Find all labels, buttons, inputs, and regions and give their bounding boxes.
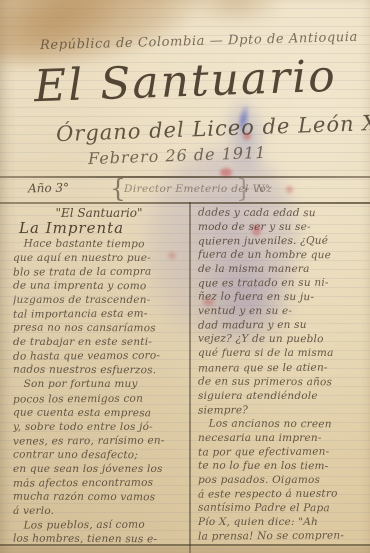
manuscript-line: pos pasados. Oigamos — [198, 473, 366, 487]
number-label: N° — [256, 184, 270, 195]
manuscript-line: contrar uno desafecto; — [13, 447, 185, 462]
manuscript-line: modo de ser y su se- — [198, 220, 366, 234]
header-rule-top — [0, 176, 370, 178]
left-column: "El Santuario" La Imprenta Hace bastante… — [13, 206, 185, 546]
manuscript-line: blo se trata de la compra — [13, 264, 185, 279]
manuscript-line: que es tratado en su ni- — [198, 276, 366, 291]
manuscript-line: siguiera atendiéndole — [198, 389, 366, 403]
brace-icon: } — [236, 174, 252, 203]
manuscript-line: pocos los enemigos con — [13, 391, 185, 406]
manuscript-line: á este respecto á nuestro — [198, 486, 366, 501]
manuscript-page: República de Colombia — Dpto de Antioqui… — [0, 0, 370, 553]
article-title: "El Santuario" — [13, 206, 185, 220]
manuscript-line: y, sobre todo entre los jó- — [13, 420, 185, 434]
manuscript-line: ñez lo fuera en su ju- — [198, 290, 366, 305]
manuscript-line: tal importancia esta em- — [13, 307, 185, 322]
right-column-body: dades y cada edad sumodo de ser y su se-… — [198, 206, 366, 543]
article-subtitle: La Imprenta — [13, 220, 185, 237]
manuscript-line: de en sus primeros años — [198, 374, 366, 389]
manuscript-line: qué fuera si de la misma — [198, 346, 366, 360]
manuscript-line: dades y cada edad su — [198, 206, 366, 221]
manuscript-line: que cuenta esta empresa — [13, 405, 185, 420]
manuscript-line: ventud y en su e- — [198, 304, 366, 318]
manuscript-line: fuera de un hombre que — [198, 248, 366, 263]
year-label: Año 3° — [28, 181, 69, 196]
manuscript-line: venes, es raro, rarísimo en- — [13, 433, 185, 448]
manuscript-line: presa no nos cansaríamos — [13, 321, 185, 336]
manuscript-line: juzgamos de trascenden- — [13, 293, 185, 307]
right-column: dades y cada edad sumodo de ser y su se-… — [198, 206, 366, 543]
manuscript-line: á verlo. — [13, 504, 185, 518]
manuscript-line: Son por fortuna muy — [13, 377, 185, 391]
header-rule-bottom — [0, 202, 370, 204]
manuscript-line: siempre? — [198, 402, 366, 417]
manuscript-line: nados nuestros esfuerzos. — [13, 363, 185, 378]
manuscript-line: Hace bastante tiempo — [13, 237, 185, 252]
manuscript-line: Los ancianos no creen — [198, 416, 366, 431]
date-line: Febrero 26 de 1911 — [88, 143, 267, 168]
left-column-body: Hace bastante tiempoque aquí en nuestro … — [13, 237, 185, 546]
manuscript-line: santísimo Padre el Papa — [198, 501, 366, 516]
column-divider — [189, 202, 191, 553]
edge-stain — [185, 0, 285, 24]
manuscript-line: necesaria una impren- — [198, 431, 366, 445]
manuscript-line: que aquí en nuestro pue- — [13, 251, 185, 265]
country-line: República de Colombia — Dpto de Antioqui… — [40, 30, 358, 53]
manuscript-line: de la misma manera — [198, 262, 366, 276]
manuscript-line: de trabajar en este senti- — [13, 335, 185, 349]
manuscript-line: la prensa! No se compren- — [198, 528, 366, 543]
next-page-edge — [0, 546, 370, 553]
red-ink-speck — [286, 186, 293, 193]
subtitle-line: Órgano del Liceo de León XIII — [56, 110, 370, 146]
manuscript-line: ta por que efectivamen- — [198, 444, 366, 459]
manuscript-line: Pío X, quien dice: "Ah — [198, 515, 366, 529]
manuscript-line: quieren juveniles. ¿Qué — [198, 234, 366, 249]
page-title: El Santuario — [33, 51, 337, 113]
manuscript-line: más afectos encontramos — [13, 475, 185, 490]
manuscript-line: Los pueblos, así como — [13, 517, 185, 532]
manuscript-line: te no lo fue en los tiem- — [198, 458, 366, 473]
manuscript-line: manera que se le atien- — [198, 360, 366, 375]
manuscript-line: de una imprenta y como — [13, 279, 185, 294]
manuscript-line: vejez? ¿Y de un pueblo — [198, 332, 366, 347]
manuscript-line: mucha razón como vamos — [13, 489, 185, 504]
manuscript-line: en que sean los jóvenes los — [13, 462, 185, 476]
